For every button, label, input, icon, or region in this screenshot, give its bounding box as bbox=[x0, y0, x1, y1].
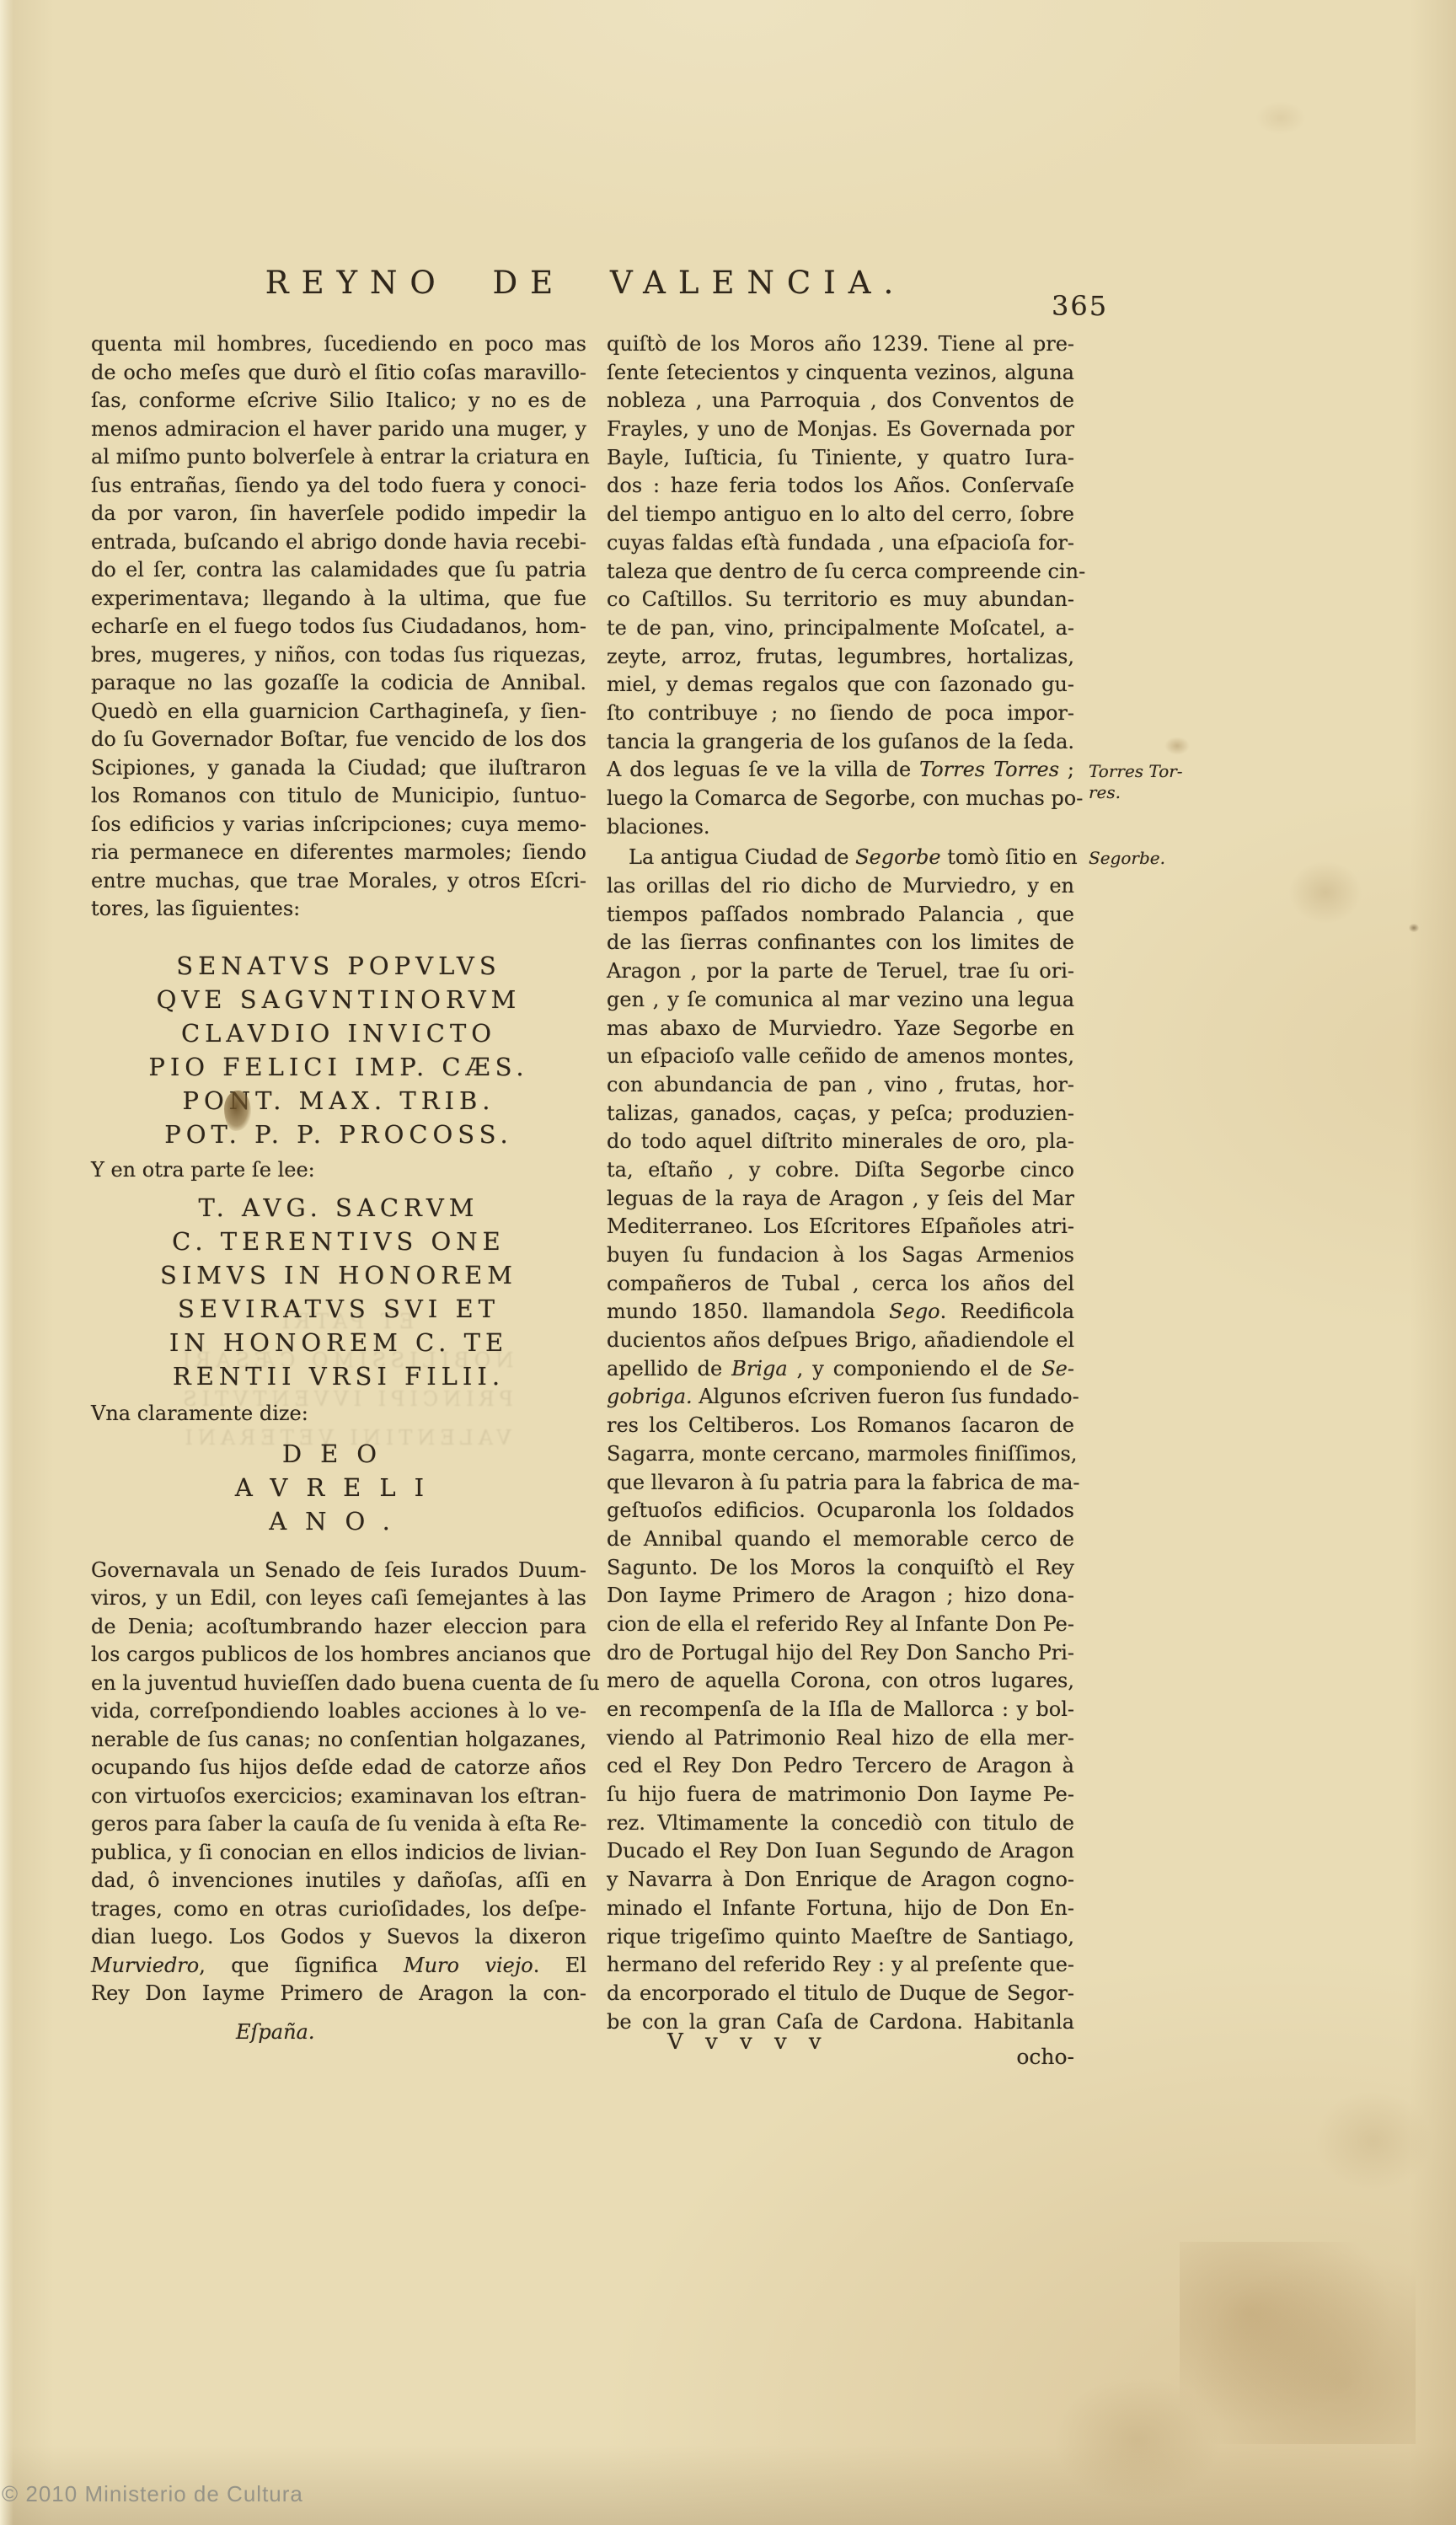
text-line: dro de Portugal hijo del Rey Don Sancho … bbox=[607, 1639, 1074, 1668]
text-line: DEO bbox=[91, 1437, 586, 1471]
text-segment: mundo 1850. llamandola bbox=[607, 1300, 889, 1323]
text-line: Mediterraneo. Los Eſcritores Eſpañoles a… bbox=[607, 1213, 1074, 1241]
italic-text: Briga bbox=[731, 1357, 787, 1380]
text-line: rez. Vltimamente la concediò con titulo … bbox=[607, 1809, 1074, 1838]
text-line: miel, y demas regalos que con ſazonado g… bbox=[607, 671, 1074, 700]
margin-note-torres-torres: Torres Tor- res. bbox=[1089, 761, 1232, 803]
text-line: las orillas del rio dicho de Murviedro, … bbox=[607, 872, 1074, 901]
caption-otra-parte: Y en otra parte ſe lee: bbox=[91, 1156, 586, 1185]
text-line: ſas, conforme eſcrive Silio Italico; y n… bbox=[91, 387, 586, 415]
text-line: bres, mugeres, y niños, con todas ſus ri… bbox=[91, 641, 586, 670]
text-line: geros para ſaber la cauſa de ſu venida à… bbox=[91, 1810, 586, 1839]
paper-stain bbox=[1164, 737, 1190, 755]
text-line: Murviedro, que ſignifica Muro viejo. El bbox=[91, 1952, 586, 1981]
text-line: dad, ô invenciones inutiles y dañoſas, a… bbox=[91, 1867, 586, 1895]
italic-text: Murviedro bbox=[91, 1954, 199, 1977]
text-line: ocupando ſus hijos deſde edad de catorze… bbox=[91, 1754, 586, 1783]
text-line: Vna claramente dize: bbox=[91, 1400, 586, 1429]
text-line: al miſmo punto bolverſele à entrar la cr… bbox=[91, 443, 586, 472]
text-line: cuyas faldas eſtà fundada , una eſpacioſ… bbox=[607, 529, 1074, 558]
text-line: Ducado el Rey Don Iuan Segundo de Aragon bbox=[607, 1837, 1074, 1866]
text-segment: , y componiendo el de bbox=[788, 1357, 1042, 1380]
text-line: entre muchas, que trae Morales, y otros … bbox=[91, 867, 586, 896]
italic-text: gobriga. bbox=[607, 1385, 693, 1408]
text-line: con abundancia de pan , vino , frutas, h… bbox=[607, 1071, 1074, 1100]
inscription-senatus: SENATVS POPVLVSQVE SAGVNTINORVMCLAVDIO I… bbox=[91, 949, 586, 1151]
italic-text: Torres Torres bbox=[919, 758, 1059, 781]
text-line: Quedò en ella guarnicion Carthagineſa, y… bbox=[91, 698, 586, 726]
text-line: Sagunto. De los Moros la conquiſtò el Re… bbox=[607, 1554, 1074, 1583]
text-line: compañeros de Tubal , cerca los años del bbox=[607, 1270, 1074, 1299]
text-line: do todo aquel diſtrito minerales de oro,… bbox=[607, 1128, 1074, 1156]
italic-text: Segorbe bbox=[855, 845, 941, 869]
text-line: ſus entrañas, ſiendo ya del todo fuera y… bbox=[91, 472, 586, 501]
text-line: ta, eſtaño , y cobre. Diſta Segorbe cinc… bbox=[607, 1156, 1074, 1185]
text-line: gen , y ſe comunica al mar vezino una le… bbox=[607, 986, 1074, 1015]
italic-text: Se- bbox=[1041, 1357, 1074, 1380]
text-segment: A dos leguas ſe ve la villa de bbox=[607, 758, 919, 781]
text-line: de las ſierras confinantes con los limit… bbox=[607, 929, 1074, 957]
text-line: en recompenſa de la Iſla de Mallorca : y… bbox=[607, 1696, 1074, 1724]
text-line: un eſpacioſo valle ceñido de amenos mont… bbox=[607, 1043, 1074, 1071]
margin-note-segorbe: Segorbe. bbox=[1089, 848, 1232, 869]
text-line: SIMVS IN HONOREM bbox=[91, 1258, 586, 1292]
text-line: experimentava; llegando à la ultima, que… bbox=[91, 585, 586, 614]
text-line: ria permanece en diferentes marmoles; ſi… bbox=[91, 839, 586, 867]
text-line: ced el Rey Don Pedro Tercero de Aragon à bbox=[607, 1752, 1074, 1781]
text-segment: . Reedificola bbox=[940, 1300, 1074, 1323]
text-line: los Romanos con titulo de Municipio, ſun… bbox=[91, 782, 586, 811]
text-line: publica, y ſi conocian en ellos indicios… bbox=[91, 1839, 586, 1868]
right-paragraph-murviedro: quiſtò de los Moros año 1239. Tiene al p… bbox=[607, 330, 1074, 841]
text-line: da por varon, ſin haverſele podido imped… bbox=[91, 500, 586, 528]
scanned-book-page: REYNO DE VALENCIA. 365 ET PATRI NOBILISS… bbox=[0, 0, 1456, 2525]
text-line: Scipiones, y ganada la Ciudad; que iluſt… bbox=[91, 754, 586, 783]
text-line: que llevaron à ſu patria para la fabrica… bbox=[607, 1469, 1074, 1498]
text-line: mas abaxo de Murviedro. Yaze Segorbe en bbox=[607, 1015, 1074, 1043]
library-watermark: © 2010 Ministerio de Cultura bbox=[2, 2481, 303, 2507]
text-line: SEVIRATVS SVI ET bbox=[91, 1292, 586, 1326]
text-line: Bayle, Iuſticia, ſu Tiniente, y quatro I… bbox=[607, 444, 1074, 473]
text-line: en la juventud huvieſſen dado buena cuen… bbox=[91, 1670, 586, 1698]
paper-stain bbox=[1409, 924, 1419, 932]
text-line: quiſtò de los Moros año 1239. Tiene al p… bbox=[607, 330, 1074, 359]
inscription-deo-aureliano: DEOAVRELIANO. bbox=[91, 1437, 586, 1538]
paper-stain bbox=[1314, 2090, 1432, 2191]
text-line: AVRELI bbox=[91, 1471, 586, 1504]
text-line: PIO FELICI IMP. CÆS. bbox=[91, 1050, 586, 1084]
text-line: dos : haze feria todos los Años. Conſerv… bbox=[607, 472, 1074, 501]
text-line: viros, y un Edil, con leyes caſi ſemejan… bbox=[91, 1584, 586, 1613]
text-line: gobriga. Algunos eſcriven fueron ſus fun… bbox=[607, 1383, 1074, 1412]
caption-claramente: Vna claramente dize: bbox=[91, 1400, 586, 1429]
text-line: viendo al Patrimonio Real hizo de ella m… bbox=[607, 1724, 1074, 1753]
text-line: entrada, buſcando el abrigo donde havia … bbox=[91, 528, 586, 557]
text-line: trages, como en otras curioſidades, los … bbox=[91, 1895, 586, 1924]
text-line: ducientos años deſpues Brigo, añadiendol… bbox=[607, 1327, 1074, 1355]
text-line: leguas de la raya de Aragon , y ſeis del… bbox=[607, 1185, 1074, 1214]
text-line: Eſpaña. bbox=[236, 2018, 586, 2047]
paper-stain bbox=[1053, 2377, 1222, 2503]
text-segment: tomò ſitio en bbox=[941, 845, 1078, 869]
text-segment: , que ſignifica bbox=[199, 1954, 404, 1977]
text-line: POT. P. P. PROCOSS. bbox=[91, 1118, 586, 1151]
page-number: 365 bbox=[1052, 290, 1108, 322]
text-line: ſos edificios y varias inſcripciones; cu… bbox=[91, 811, 586, 839]
text-segment: . El bbox=[533, 1954, 586, 1977]
catchword-espana: Eſpaña. bbox=[236, 2018, 586, 2047]
text-line: PONT. MAX. TRIB. bbox=[91, 1084, 586, 1118]
text-line: nobleza , una Parroquia , dos Conventos … bbox=[607, 387, 1074, 415]
text-line: taleza que dentro de ſu cerca compreende… bbox=[607, 558, 1074, 587]
text-line: rique trigeſimo quinto Maeſtre de Santia… bbox=[607, 1923, 1074, 1952]
text-line: CLAVDIO INVICTO bbox=[91, 1016, 586, 1050]
text-line: QVE SAGVNTINORVM bbox=[91, 983, 586, 1016]
text-line: te de pan, vino, principalmente Moſcatel… bbox=[607, 614, 1074, 643]
text-line: minado el Infante Fortuna, hijo de Don E… bbox=[607, 1895, 1074, 1923]
left-text-column: quenta mil hombres, ſucediendo en poco m… bbox=[91, 330, 586, 2046]
text-line: cion de ella el referido Rey al Infante … bbox=[607, 1611, 1074, 1639]
text-line: con virtuoſos exercicios; examinavan los… bbox=[91, 1783, 586, 1811]
text-line: Sagarra, monte cercano, marmoles finiſſi… bbox=[607, 1440, 1074, 1469]
text-line: zeyte, arroz, frutas, legumbres, hortali… bbox=[607, 643, 1074, 672]
catchword-ocho: ocho- bbox=[944, 2045, 1074, 2069]
inscription-terentius: T. AVG. SACRVMC. TERENTIVS ONESIMVS IN H… bbox=[91, 1191, 586, 1393]
ink-blot bbox=[224, 1091, 251, 1131]
text-line: do ſu Governador Boſtar, fue vencido de … bbox=[91, 726, 586, 754]
text-line: de ocho meſes que durò el ſitio coſas ma… bbox=[91, 359, 586, 388]
text-line: ANO. bbox=[91, 1504, 586, 1538]
text-line: vida, correſpondiendo loables acciones à… bbox=[91, 1697, 586, 1726]
text-line: La antigua Ciudad de Segorbe tomò ſitio … bbox=[607, 844, 1074, 872]
italic-text: Muro viejo bbox=[404, 1954, 533, 1977]
text-line: menos admiracion el haver parido una mug… bbox=[91, 415, 586, 444]
text-line: co Caſtillos. Su territorio es muy abund… bbox=[607, 586, 1074, 614]
text-line: Frayles, y uno de Monjas. Es Governada p… bbox=[607, 415, 1074, 444]
text-line: quenta mil hombres, ſucediendo en poco m… bbox=[91, 330, 586, 359]
text-line: Y en otra parte ſe lee: bbox=[91, 1156, 586, 1185]
text-line: echarſe en el fuego todos ſus Ciudadanos… bbox=[91, 613, 586, 641]
text-line: ſu hijo fuera de matrimonio Don Iayme Pe… bbox=[607, 1781, 1074, 1809]
text-line: de Annibal quando el memorable cerco de bbox=[607, 1525, 1074, 1554]
text-line: de Denia; acoſtumbrando hazer eleccion p… bbox=[91, 1613, 586, 1642]
text-line: C. TERENTIVS ONE bbox=[91, 1225, 586, 1258]
text-line: ſto contribuye ; no ſiendo de poca impor… bbox=[607, 700, 1074, 728]
text-line: RENTII VRSI FILII. bbox=[91, 1359, 586, 1393]
text-segment: La antigua Ciudad de bbox=[629, 845, 855, 869]
text-line: tiempos paſſados nombrado Palancia , que bbox=[607, 901, 1074, 930]
paper-stain bbox=[1180, 2242, 1416, 2444]
printer-signature-mark: V v v v v bbox=[667, 2029, 829, 2055]
paper-stain bbox=[1255, 101, 1306, 135]
text-line: T. AVG. SACRVM bbox=[91, 1191, 586, 1225]
text-line: Don Iayme Primero de Aragon ; hizo dona- bbox=[607, 1582, 1074, 1611]
text-line: Aragon , por la parte de Teruel, trae ſu… bbox=[607, 957, 1074, 986]
text-line: talizas, ganados, caças, y peſca; produz… bbox=[607, 1100, 1074, 1128]
left-paragraph-sagunto: quenta mil hombres, ſucediendo en poco m… bbox=[91, 330, 586, 924]
text-line: dian luego. Los Godos y Suevos la dixero… bbox=[91, 1923, 586, 1952]
italic-text: Sego bbox=[889, 1300, 939, 1323]
paper-stain bbox=[1287, 860, 1363, 925]
text-line: luego la Comarca de Segorbe, con muchas … bbox=[607, 785, 1074, 813]
left-paragraph-governavala: Governavala un Senado de ſeis Iurados Du… bbox=[91, 1557, 586, 2008]
text-line: Governavala un Senado de ſeis Iurados Du… bbox=[91, 1557, 586, 1585]
page-header-title: REYNO DE VALENCIA. bbox=[84, 265, 1087, 301]
right-text-column: quiſtò de los Moros año 1239. Tiene al p… bbox=[607, 330, 1074, 2036]
text-line: y Navarra à Don Enrique de Aragon cogno- bbox=[607, 1866, 1074, 1895]
text-segment: apellido de bbox=[607, 1357, 731, 1380]
text-segment: ; bbox=[1059, 758, 1074, 781]
text-line: tancia la grangeria de los guſanos de la… bbox=[607, 728, 1074, 757]
text-line: mero de aquella Corona, con otros lugare… bbox=[607, 1667, 1074, 1696]
text-line: buyen ſu fundacion à los Sagas Armenios bbox=[607, 1241, 1074, 1270]
text-line: da encorporado el titulo de Duque de Seg… bbox=[607, 1980, 1074, 2008]
text-line: res los Celtiberos. Los Romanos ſacaron … bbox=[607, 1412, 1074, 1440]
text-line: A dos leguas ſe ve la villa de Torres To… bbox=[607, 756, 1074, 785]
text-line: Rey Don Iayme Primero de Aragon la con- bbox=[91, 1980, 586, 2008]
text-line: geſtuoſos edificios. Ocuparonla los ſold… bbox=[607, 1497, 1074, 1525]
right-paragraph-segorbe: La antigua Ciudad de Segorbe tomò ſitio … bbox=[607, 844, 1074, 2036]
text-line: los cargos publicos de los hombres ancia… bbox=[91, 1641, 586, 1670]
text-line: apellido de Briga , y componiendo el de … bbox=[607, 1355, 1074, 1384]
text-line: mundo 1850. llamandola Sego. Reedificola bbox=[607, 1298, 1074, 1327]
text-line: tores, las ſiguientes: bbox=[91, 895, 586, 924]
text-segment: Algunos eſcriven fueron ſus fundado- bbox=[693, 1385, 1079, 1408]
text-line: hermano del referido Rey : y al preſente… bbox=[607, 1951, 1074, 1980]
text-line: do el ſer, contra las calamidades que ſu… bbox=[91, 556, 586, 585]
text-line: SENATVS POPVLVS bbox=[91, 949, 586, 983]
text-line: IN HONOREM C. TE bbox=[91, 1326, 586, 1359]
text-line: nerable de ſus canas; no conſentian holg… bbox=[91, 1726, 586, 1755]
text-line: ſente ſetecientos y cinquenta vezinos, a… bbox=[607, 359, 1074, 388]
text-line: blaciones. bbox=[607, 813, 1074, 842]
text-line: paraque no las gozaſſe la codicia de Ann… bbox=[91, 669, 586, 698]
text-line: del tiempo antiguo en lo alto del cerro,… bbox=[607, 501, 1074, 529]
